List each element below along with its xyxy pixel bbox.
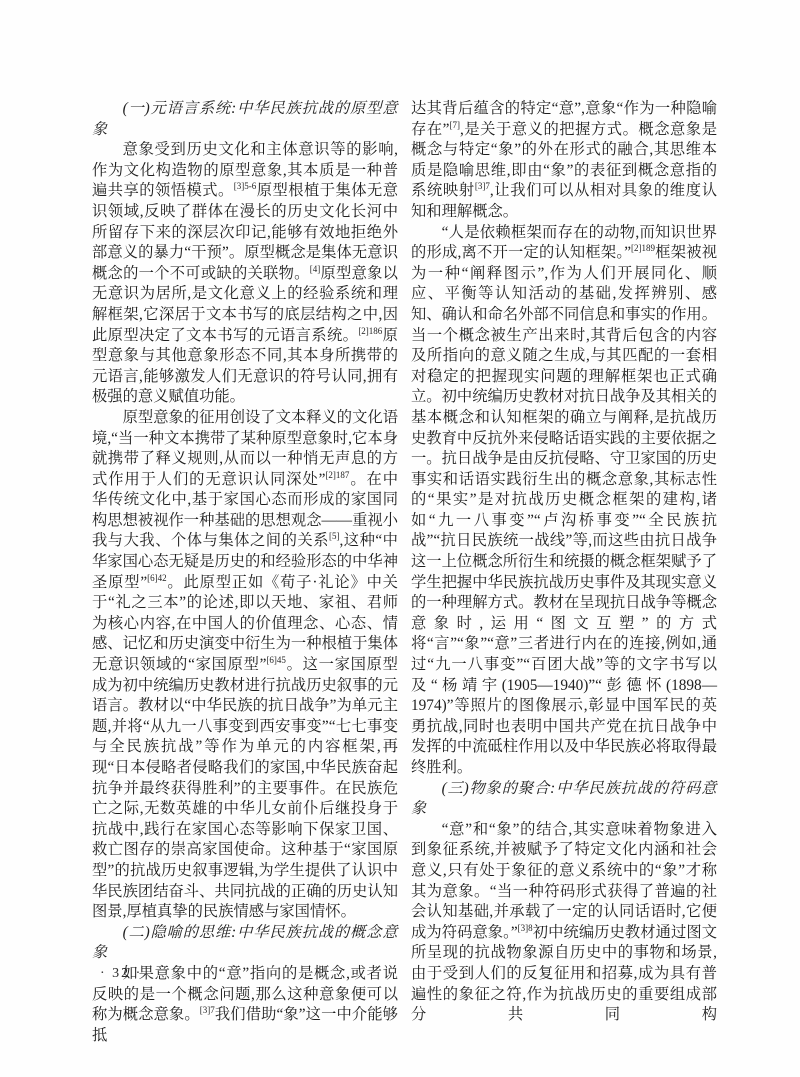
paragraph: 原型意象的征用创设了文本释义的文化语境,“当一种文本携带了某种原型意象时,它本身… <box>92 408 398 923</box>
citation-ref: [3]7 <box>200 1005 215 1015</box>
document-page: (一)元语言系统:中华民族抗战的原型意象 意象受到历史文化和主体意识等的影响,作… <box>0 0 800 1077</box>
citation-ref: [7] <box>449 120 460 130</box>
citation-ref: [5] <box>329 531 340 541</box>
citation-ref: [2]186 <box>358 325 382 335</box>
citation-ref: [6]42 <box>147 573 167 583</box>
paragraph: 意象受到历史文化和主体意识等的影响,作为文化构造物的原型意象,其本质是一种普遍共… <box>92 140 398 408</box>
page-number: · 32 · <box>100 966 142 982</box>
text-columns: (一)元语言系统:中华民族抗战的原型意象 意象受到历史文化和主体意识等的影响,作… <box>92 99 717 1046</box>
citation-ref: [2]189 <box>631 243 655 253</box>
citation-ref: [6]45 <box>266 655 286 665</box>
left-column: (一)元语言系统:中华民族抗战的原型意象 意象受到历史文化和主体意识等的影响,作… <box>92 99 398 1046</box>
section-heading: (三)物象的聚合:中华民族抗战的符码意象 <box>411 779 717 820</box>
citation-ref: [3]5-6 <box>234 181 257 191</box>
citation-ref: [3]8 <box>518 923 533 933</box>
section-heading: (二)隐喻的思维:中华民族抗战的概念意象 <box>92 923 398 964</box>
paragraph: “人是依赖框架而存在的动物,而知识世界的形成,离不开一定的认知框架。”[2]18… <box>411 223 717 779</box>
paragraph: “意”和“象”的结合,其实意味着物象进入到象征系统,并被赋予了特定文化内涵和社会… <box>411 820 717 1026</box>
citation-ref: [4] <box>310 264 321 274</box>
section-heading: (一)元语言系统:中华民族抗战的原型意象 <box>92 99 398 140</box>
citation-ref: [3]7 <box>475 181 490 191</box>
paragraph: 达其背后蕴含的特定“意”,意象“作为一种隐喻存在”[7],是关于意义的把握方式。… <box>411 99 717 223</box>
right-column: 达其背后蕴含的特定“意”,意象“作为一种隐喻存在”[7],是关于意义的把握方式。… <box>411 99 717 1046</box>
citation-ref: [2]187 <box>325 470 349 480</box>
